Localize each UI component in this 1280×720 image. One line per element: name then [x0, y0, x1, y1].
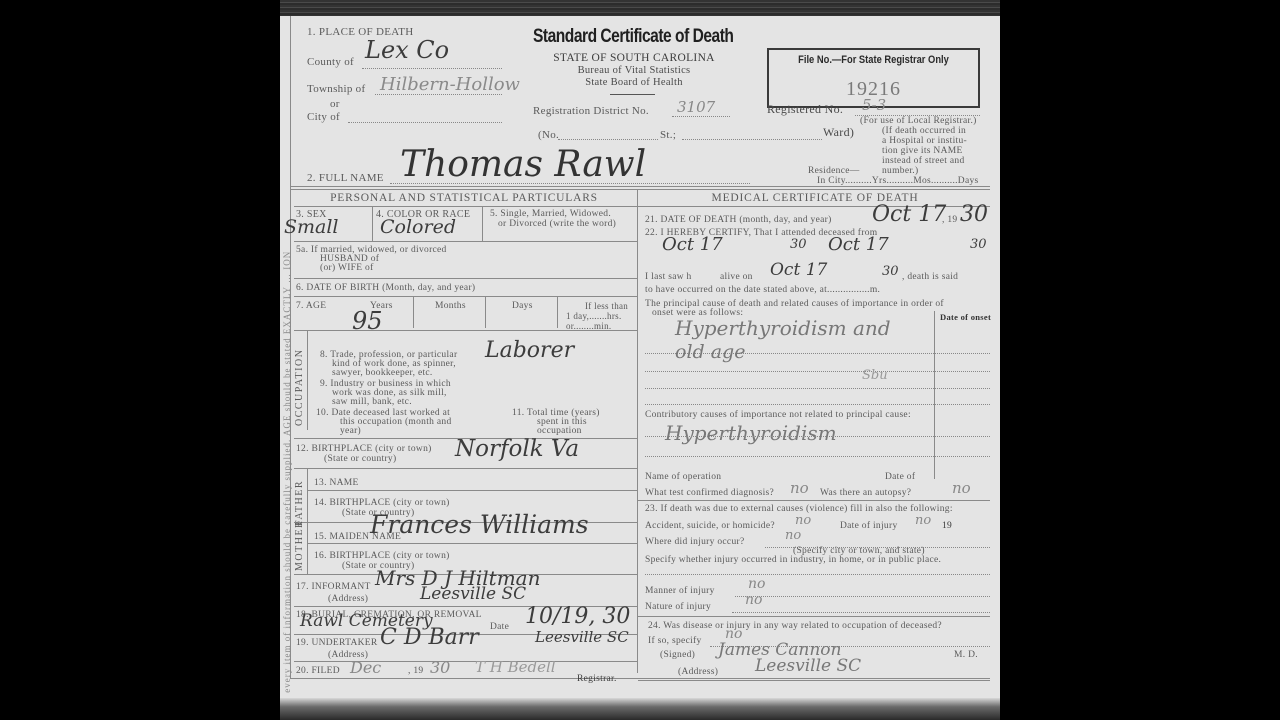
rule — [413, 296, 414, 328]
death-said-label: , death is said — [902, 272, 958, 283]
ward-label: Ward) — [823, 126, 854, 140]
specify-line — [645, 574, 990, 575]
rule — [294, 241, 637, 242]
manner-label: Manner of injury — [645, 586, 715, 597]
where-value: no — [785, 528, 801, 543]
manner-value: no — [748, 576, 765, 592]
rule — [294, 330, 637, 331]
column-divider — [637, 189, 638, 673]
rule — [308, 490, 637, 491]
informant-address-label: (Address) — [328, 594, 368, 605]
test-label: What test confirmed diagnosis? — [645, 488, 774, 499]
scan-bottom-edge — [280, 698, 1000, 720]
trade-label-3: sawyer, bookkeeper, etc. — [332, 368, 433, 379]
bureau-name: Bureau of Vital Statistics — [530, 65, 738, 77]
county-line — [362, 68, 502, 69]
trade-value: Laborer — [485, 338, 574, 363]
autopsy-label: Was there an autopsy? — [820, 488, 911, 499]
mother-side-label: MOTHER — [294, 520, 305, 571]
autopsy-value: no — [952, 479, 971, 497]
alive-on-label: alive on — [720, 272, 753, 283]
undertaker-value: C D Barr — [380, 625, 479, 650]
rule — [482, 206, 483, 241]
cause-line — [645, 436, 990, 437]
st-label: St.; — [660, 129, 676, 142]
filed-label: 20. FILED — [296, 666, 340, 677]
spouse-label-3: (or) WIFE of — [320, 263, 374, 274]
father-name-label: 13. NAME — [314, 478, 359, 489]
frame-bottom — [290, 678, 990, 679]
marital-label-2: or Divorced (write the word) — [498, 219, 616, 230]
state-name: STATE OF SOUTH CAROLINA — [530, 52, 738, 65]
death-certificate: … every item of information should be ca… — [280, 16, 1000, 702]
rule — [638, 500, 990, 501]
registrar-label: Registrar. — [577, 674, 617, 685]
rule — [294, 206, 637, 207]
township-value: Hilbern-Hollow — [380, 74, 520, 95]
last-worked-label-3: year) — [340, 426, 361, 437]
filed-year: 30 — [430, 658, 450, 677]
principal-cause-line-3: Sbu — [862, 368, 888, 383]
registered-no-value: 5-3 — [862, 96, 886, 114]
birthplace-sub: (State or country) — [324, 454, 396, 465]
months-label: Months — [435, 301, 466, 312]
signed-label: (Signed) — [660, 650, 695, 661]
county-value: Lex Co — [365, 36, 449, 64]
rule — [557, 296, 558, 328]
nature-value: no — [745, 592, 762, 608]
date-of-death-value: Oct 17 — [872, 202, 946, 227]
age-label: 7. AGE — [296, 301, 326, 312]
physician-address-value: Leesville SC — [755, 656, 861, 676]
or-label: or — [330, 98, 340, 111]
principal-cause-line-1: Hyperthyroidism and — [675, 316, 891, 340]
registration-district-value: 3107 — [677, 98, 715, 116]
rule — [307, 522, 308, 574]
accident-label: Accident, suicide, or homicide? — [645, 521, 775, 532]
rule — [372, 206, 373, 241]
rule — [294, 296, 637, 297]
test-value: no — [790, 479, 809, 497]
mother-maiden-value: Frances Williams — [370, 510, 589, 539]
personal-section-title: PERSONAL AND STATISTICAL PARTICULARS — [294, 192, 634, 205]
rule — [294, 468, 637, 469]
color-race-value: Colored — [380, 216, 456, 238]
registrar-signature: T H Bedell — [475, 658, 556, 676]
last-saw-year: 30 — [882, 264, 899, 279]
rule — [290, 186, 990, 187]
last-saw-value: Oct 17 — [770, 260, 827, 280]
rule — [308, 543, 637, 544]
occupation-related-label: 24. Was disease or injury in any way rel… — [648, 621, 942, 632]
rule — [638, 616, 990, 617]
undertaker-label: 19. UNDERTAKER — [296, 638, 378, 649]
rule — [485, 296, 486, 328]
filed-month: Dec — [350, 658, 381, 677]
scanned-document: … every item of information should be ca… — [280, 0, 1000, 720]
certificate-title: Standard Certificate of Death — [533, 26, 733, 48]
informant-label: 17. INFORMANT — [296, 582, 371, 593]
rule — [307, 330, 308, 430]
burial-date-value: 10/19, 30 — [525, 604, 630, 629]
date-of-death-year-prefix: , 19 — [942, 215, 957, 226]
rule — [307, 468, 308, 528]
burial-date-label: Date — [490, 622, 509, 633]
date-of-death-label: 21. DATE OF DEATH (month, day, and year) — [645, 215, 832, 226]
rule — [294, 278, 637, 279]
days-label: Days — [512, 301, 533, 312]
rule — [294, 661, 637, 662]
registered-no-label: Registered No. — [767, 103, 843, 117]
informant-address-value: Leesville SC — [420, 584, 526, 604]
registration-district-label: Registration District No. — [533, 105, 649, 118]
nature-line — [732, 612, 990, 613]
contributory-label: Contributory causes of importance not re… — [645, 410, 911, 421]
occupation-side-label: OCCUPATION — [294, 349, 305, 426]
injury-date-value: no — [915, 513, 931, 528]
less-than-1: If less than — [585, 301, 628, 311]
injury-date-label: Date of injury — [840, 521, 898, 532]
attended-to-year: 30 — [970, 237, 987, 252]
dob-label: 6. DATE OF BIRTH (Month, day, and year) — [296, 283, 475, 294]
title-rule — [610, 94, 655, 95]
contributory-value: Hyperthyroidism — [665, 421, 837, 445]
sex-value: Small — [284, 216, 339, 238]
undertaker-address-value: Leesville SC — [535, 628, 629, 646]
street-line — [558, 139, 658, 140]
city-line — [348, 122, 502, 123]
file-box-label: File No.—For State Registrar Only — [785, 54, 963, 66]
ward-line — [682, 139, 822, 140]
video-frame: … every item of information should be ca… — [0, 0, 1280, 720]
occurred-label: to have occurred on the date stated abov… — [645, 285, 880, 296]
board-name: State Board of Health — [530, 77, 738, 89]
rule — [638, 680, 990, 681]
manner-line — [735, 596, 990, 597]
full-name-value: Thomas Rawl — [400, 144, 646, 185]
full-name-label: 2. FULL NAME — [307, 172, 384, 185]
margin-instructions: … every item of information should be ca… — [282, 251, 292, 706]
district-line — [672, 116, 730, 117]
cause-line — [645, 404, 990, 405]
county-label: County of — [307, 56, 354, 69]
city-label: City of — [307, 111, 340, 124]
injury-date-year: 19 — [942, 521, 952, 532]
filed-year-prefix: , 19 — [408, 666, 423, 677]
cause-line — [645, 388, 990, 389]
industry-label-3: saw mill, bank, etc. — [332, 397, 412, 408]
onset-column-divider — [934, 311, 935, 479]
rule — [290, 189, 990, 190]
less-than-2: 1 day,.......hrs. — [566, 311, 622, 321]
birthplace-value: Norfolk Va — [455, 436, 579, 462]
date-of-death-year: 30 — [960, 202, 988, 227]
where-label: Where did injury occur? — [645, 537, 744, 548]
cause-line — [645, 456, 990, 457]
attended-from: Oct 17 — [662, 234, 723, 255]
nature-label: Nature of injury — [645, 602, 711, 613]
date-of-onset-label: Date of onset — [940, 313, 991, 323]
physician-address-label: (Address) — [678, 667, 718, 678]
township-label: Township of — [307, 83, 365, 96]
md-label: M. D. — [954, 650, 978, 661]
operation-label: Name of operation — [645, 472, 721, 483]
attended-from-year: 30 — [790, 237, 807, 252]
specify-label: Specify whether injury occurred in indus… — [645, 555, 941, 566]
street-label: (No. — [538, 129, 559, 142]
cause-line — [645, 371, 990, 372]
attended-to: Oct 17 — [828, 234, 889, 255]
principal-cause-line-2: old age — [675, 341, 745, 363]
accident-value: no — [795, 513, 811, 528]
last-saw-label: I last saw h — [645, 272, 692, 283]
operation-date-label: Date of — [885, 472, 915, 483]
if-so-label: If so, specify — [648, 636, 702, 647]
